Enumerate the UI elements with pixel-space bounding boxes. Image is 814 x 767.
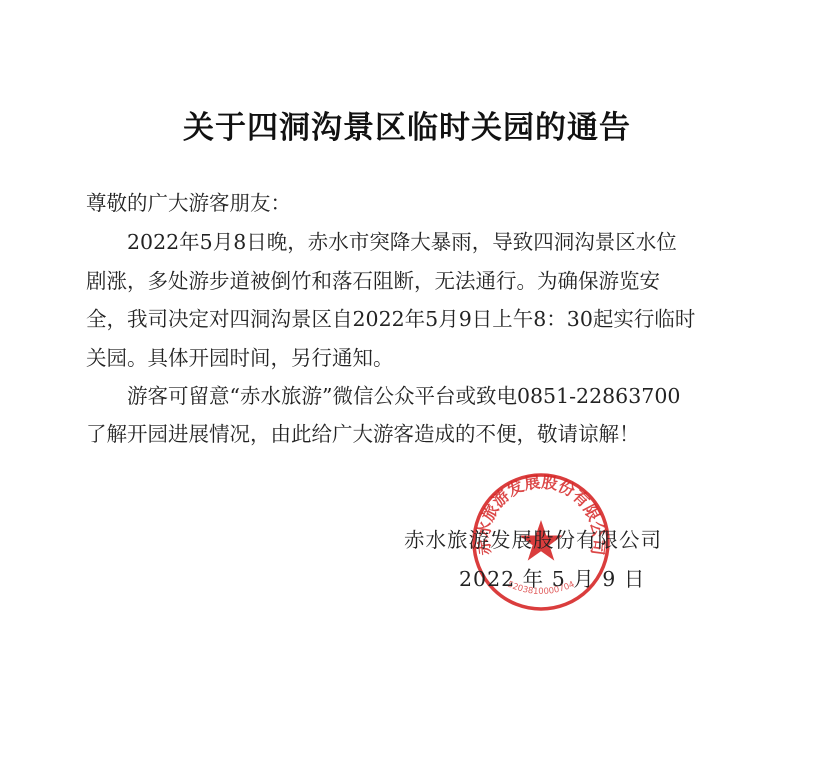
document-title: 关于四洞沟景区临时关园的通告 [0,102,814,147]
paragraph-1-line-2: 剧涨，多处游步道被倒竹和落石阻断，无法通行。为确保游览安 [86,264,660,294]
signature-date: 2022 年 5 月 9 日 [459,562,645,592]
paragraph-1-line-4: 关园。具体开园时间，另行通知。 [86,341,394,371]
signature-company: 赤水旅游发展股份有限公司 [404,523,662,553]
paragraph-1-line-1: 2022年5月8日晚，赤水市突降大暴雨，导致四洞沟景区水位 [127,225,677,255]
paragraph-2-line-2: 了解开园进展情况，由此给广大游客造成的不便，敬请谅解！ [86,417,640,447]
salutation: 尊敬的广大游客朋友： [86,186,291,216]
paragraph-2-line-1: 游客可留意“赤水旅游”微信公众平台或致电0851-22863700 [127,379,680,409]
paragraph-1-line-3: 全，我司决定对四洞沟景区自2022年5月9日上午8：30起实行临时 [86,302,695,332]
